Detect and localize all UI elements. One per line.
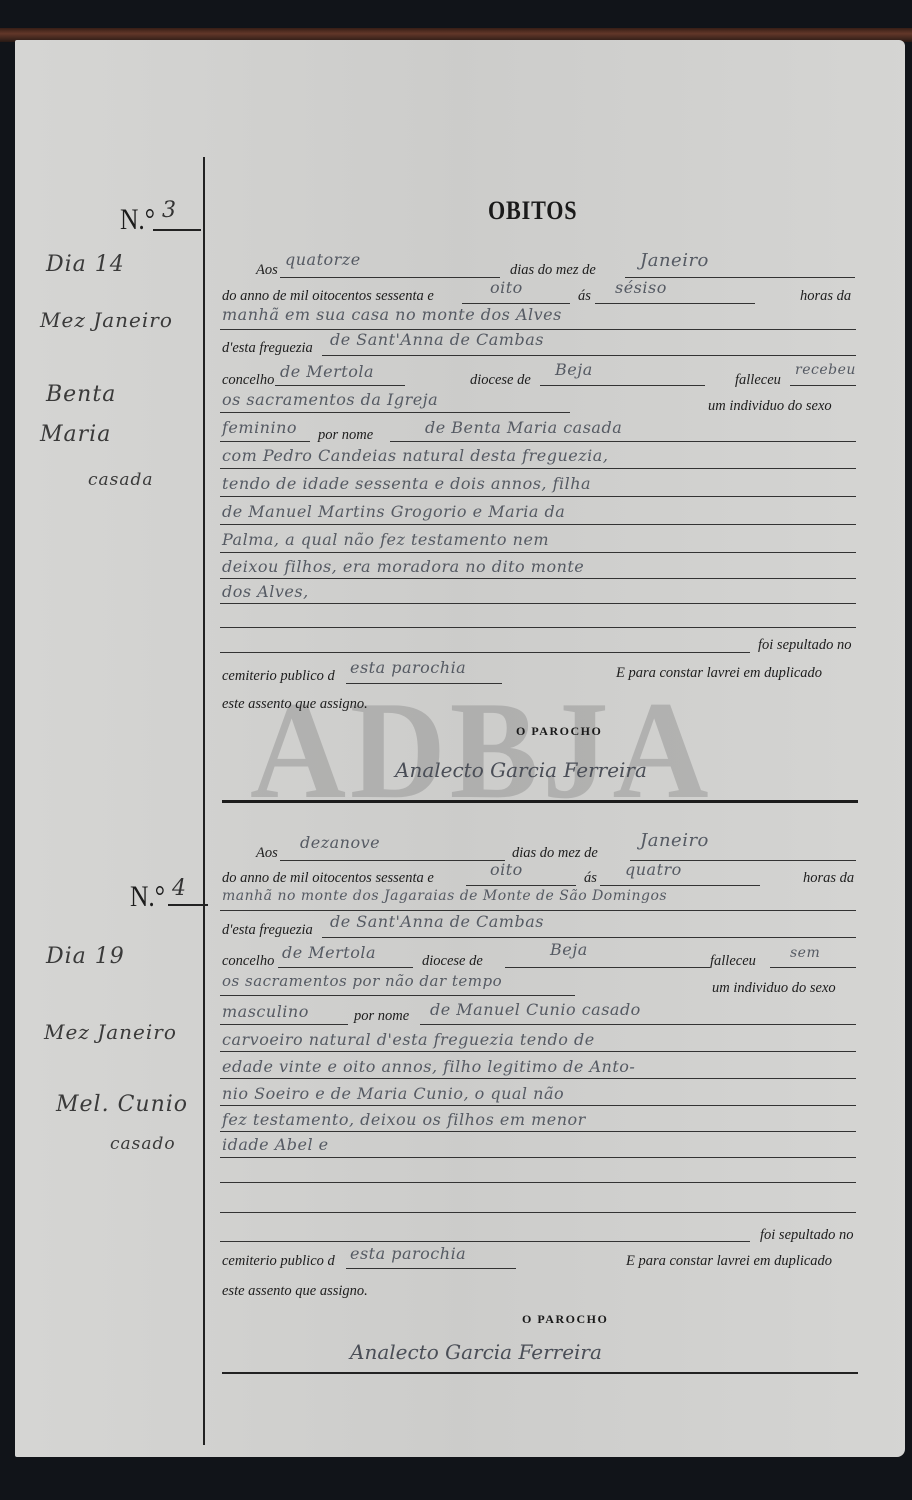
field-nome: de Benta Maria casada (425, 418, 622, 437)
field-rule (220, 1241, 750, 1242)
label-cemiterio: cemiterio publico d (222, 668, 335, 685)
field-month: Janeiro (640, 250, 709, 271)
field-rule (220, 627, 856, 628)
field-rule (220, 1078, 856, 1079)
label-o-parocho: O PAROCHO (522, 1312, 608, 1327)
field-cemiterio: esta parochia (350, 1244, 466, 1263)
body-line: carvoeiro natural d'esta freguezia tendo… (222, 1030, 595, 1049)
field-rule (220, 995, 575, 996)
field-rule (220, 468, 856, 469)
parish-priest-signature: Analecto Garcia Ferreira (350, 1340, 602, 1364)
label-horas-da: horas da (800, 288, 851, 305)
body-line: dos Alves, (222, 582, 309, 601)
label-as: ás (584, 870, 597, 887)
label-do-anno: do anno de mil oitocentos sessenta e (222, 870, 434, 887)
field-hour-words: quatro (625, 860, 682, 879)
watermark: ADBJA (250, 670, 712, 831)
field-rule (346, 1268, 516, 1269)
field-rule (220, 1105, 856, 1106)
label-foi-sepultado: foi sepultado no (760, 1227, 853, 1244)
label-diocese: diocese de (422, 953, 483, 970)
entry-number-underline (153, 229, 201, 231)
margin-name-1: Mel. Cunio (56, 1092, 188, 1117)
margin-day: Dia 14 (46, 252, 125, 277)
field-day-words: dezanove (300, 833, 380, 852)
field-line-3: manhã em sua casa no monte dos Alves (222, 305, 562, 324)
body-line: idade Abel e (222, 1135, 329, 1154)
field-freguezia: de Sant'Anna de Cambas (330, 912, 544, 931)
body-line: fez testamento, deixou os filhos em meno… (222, 1110, 586, 1129)
field-rule (220, 910, 856, 911)
entry-number-label: N.° (120, 203, 155, 237)
body-line: de Manuel Martins Grogorio e Maria da (222, 502, 565, 521)
margin-name-2: Maria (40, 422, 111, 447)
field-rule (540, 385, 705, 386)
field-year-words: oito (490, 860, 523, 879)
label-aos: Aos (256, 262, 278, 279)
entry-number-label: N.° (130, 880, 165, 914)
field-rule (346, 683, 502, 684)
field-rule (220, 1157, 856, 1158)
body-line: edade vinte e oito annos, filho legitimo… (222, 1057, 635, 1076)
field-sexo: masculino (222, 1002, 309, 1021)
field-sexo: feminino (222, 418, 297, 437)
field-rule (220, 1024, 348, 1025)
field-rule (462, 303, 570, 304)
field-rule (220, 578, 856, 579)
margin-status: casado (110, 1134, 176, 1154)
label-dias-do-mez: dias do mez de (510, 262, 596, 279)
field-rule (220, 1131, 856, 1132)
label-individuo-sexo: um individuo do sexo (708, 398, 832, 415)
field-rule (220, 441, 310, 442)
field-rule (420, 1024, 856, 1025)
field-line-3: manhã no monte dos Jagaraias de Monte de… (222, 888, 667, 904)
field-rule (790, 385, 856, 386)
entry-number: 3 (162, 198, 176, 223)
field-concelho: de Mertola (280, 362, 374, 381)
field-rule (220, 603, 856, 604)
field-rule (220, 496, 856, 497)
label-freguezia: d'esta freguezia (222, 340, 313, 357)
field-falleceu: recebeu (795, 362, 856, 378)
label-este-assento: este assento que assigno. (222, 1283, 368, 1300)
field-rule (505, 967, 710, 968)
label-falleceu: falleceu (735, 372, 781, 389)
field-rule (220, 1051, 856, 1052)
label-e-para-constar: E para constar lavrei em duplicado (616, 665, 822, 682)
label-freguezia: d'esta freguezia (222, 922, 313, 939)
field-rule (220, 524, 856, 525)
field-rule (280, 860, 505, 861)
label-este-assento: este assento que assigno. (222, 696, 368, 713)
field-rule (390, 441, 856, 442)
field-rule (275, 385, 405, 386)
entry-separator (222, 800, 858, 803)
field-rule (278, 967, 413, 968)
entry-number-underline (168, 904, 208, 906)
label-aos: Aos (256, 845, 278, 862)
field-rule (220, 652, 750, 653)
body-line: deixou filhos, era moradora no dito mont… (222, 557, 584, 576)
field-cemiterio: esta parochia (350, 658, 466, 677)
field-diocese: Beja (555, 360, 593, 379)
body-line: Palma, a qual não fez testamento nem (222, 530, 549, 549)
field-freguezia: de Sant'Anna de Cambas (330, 330, 544, 349)
label-concelho: concelho (222, 953, 274, 970)
field-rule (322, 355, 856, 356)
field-day-words: quatorze (285, 250, 361, 269)
label-diocese: diocese de (470, 372, 531, 389)
page-title: OBITOS (488, 196, 577, 226)
field-month: Janeiro (640, 830, 709, 851)
field-rule (220, 1212, 856, 1213)
field-rule (322, 937, 856, 938)
margin-month: Mez Janeiro (40, 308, 173, 332)
field-line-6: os sacramentos da Igreja (222, 390, 438, 409)
margin-status: casada (88, 470, 154, 490)
margin-rule (203, 157, 205, 1445)
margin-name-1: Benta (46, 382, 116, 407)
field-rule (220, 412, 570, 413)
body-line: com Pedro Candeias natural desta freguez… (222, 446, 608, 465)
signature-rule (222, 1372, 858, 1374)
label-foi-sepultado: foi sepultado no (758, 637, 851, 654)
field-rule (220, 552, 856, 553)
field-year-words: oito (490, 278, 523, 297)
label-individuo-sexo: um individuo do sexo (712, 980, 836, 997)
field-line-6: os sacramentos por não dar tempo (222, 972, 502, 990)
label-horas-da: horas da (803, 870, 854, 887)
label-e-para-constar: E para constar lavrei em duplicado (626, 1253, 832, 1270)
field-diocese: Beja (550, 940, 588, 959)
parish-priest-signature: Analecto Garcia Ferreira (395, 758, 647, 782)
field-rule (600, 885, 760, 886)
field-rule (595, 303, 755, 304)
label-por-nome: por nome (318, 427, 373, 444)
body-line: tendo de idade sessenta e dois annos, fi… (222, 474, 591, 493)
field-rule (466, 885, 576, 886)
field-falleceu: sem (790, 945, 820, 961)
label-concelho: concelho (222, 372, 274, 389)
label-por-nome: por nome (354, 1008, 409, 1025)
label-o-parocho: O PAROCHO (516, 724, 602, 739)
field-rule (280, 277, 500, 278)
field-hour-words: sésiso (615, 278, 667, 297)
label-falleceu: falleceu (710, 953, 756, 970)
margin-day: Dia 19 (46, 944, 125, 969)
label-cemiterio: cemiterio publico d (222, 1253, 335, 1270)
field-rule (220, 1182, 856, 1183)
body-line: nio Soeiro e de Maria Cunio, o qual não (222, 1084, 564, 1103)
entry-number: 4 (172, 876, 186, 901)
field-nome: de Manuel Cunio casado (430, 1000, 641, 1019)
field-rule (770, 967, 856, 968)
label-do-anno: do anno de mil oitocentos sessenta e (222, 288, 434, 305)
label-as: ás (578, 288, 591, 305)
field-concelho: de Mertola (282, 943, 376, 962)
label-dias-do-mez: dias do mez de (512, 845, 598, 862)
margin-month: Mez Janeiro (44, 1020, 177, 1044)
